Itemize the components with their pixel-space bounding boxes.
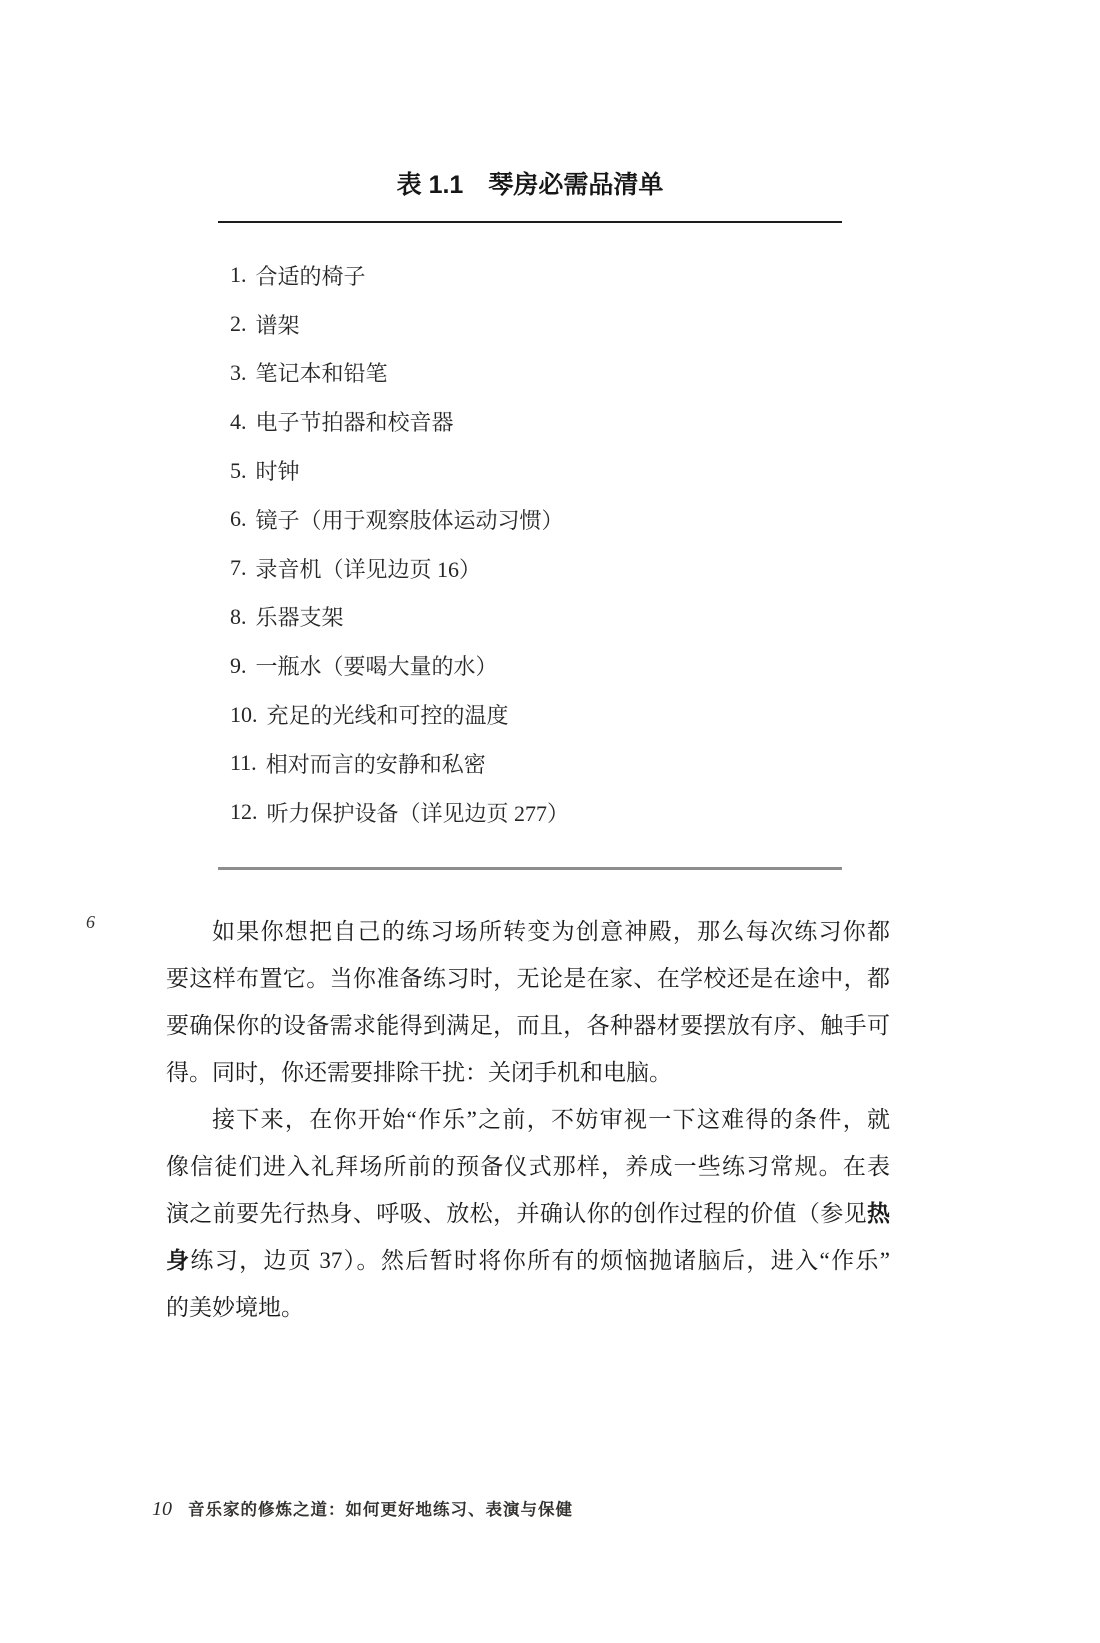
checklist-item-text: 镜子（用于观察肢体运动习惯） — [256, 504, 564, 535]
checklist-item-number: 10. — [230, 702, 258, 728]
text-segment: 要这样布置它。当你准备练习时，无论是在家、在学校还是在途中，都 — [166, 966, 890, 991]
checklist-item: 9.一瓶水（要喝大量的水） — [230, 641, 842, 690]
checklist-item-text: 相对而言的安静和私密 — [266, 748, 486, 779]
checklist-item-text: 录音机（详见边页 16） — [256, 553, 482, 584]
checklist: 1.合适的椅子2.谱架3.笔记本和铅笔4.电子节拍器和校音器5.时钟6.镜子（用… — [218, 251, 842, 837]
checklist-item-text: 一瓶水（要喝大量的水） — [256, 650, 498, 681]
checklist-item: 4.电子节拍器和校音器 — [230, 397, 842, 446]
checklist-item-text: 电子节拍器和校音器 — [256, 406, 454, 437]
checklist-item: 12.听力保护设备（详见边页 277） — [230, 788, 842, 837]
body-line: 接下来，在你开始“作乐”之前，不妨审视一下这难得的条件，就 — [166, 1096, 890, 1143]
checklist-item-number: 5. — [230, 458, 247, 484]
checklist-item-number: 6. — [230, 506, 247, 532]
margin-page-marker: 6 — [86, 912, 95, 933]
text-segment: 如果你想把自己的练习场所转变为创意神殿，那么每次练习你都 — [212, 919, 890, 944]
table-top-rule — [218, 221, 842, 223]
text-segment: 演之前要先行热身、呼吸、放松，并确认你的创作过程的价值（参见 — [166, 1201, 867, 1226]
checklist-item-text: 充足的光线和可控的温度 — [267, 699, 509, 730]
checklist-item: 6.镜子（用于观察肢体运动习惯） — [230, 495, 842, 544]
body-paragraphs: 如果你想把自己的练习场所转变为创意神殿，那么每次练习你都要这样布置它。当你准备练… — [166, 908, 890, 1331]
text-segment: 接下来，在你开始“作乐”之前，不妨审视一下这难得的条件，就 — [212, 1107, 890, 1132]
checklist-item: 2.谱架 — [230, 300, 842, 349]
table-1-1: 表 1.1 琴房必需品清单 1.合适的椅子2.谱架3.笔记本和铅笔4.电子节拍器… — [218, 170, 842, 870]
checklist-item-text: 乐器支架 — [256, 601, 344, 632]
footer-page-number: 10 — [152, 1498, 172, 1521]
checklist-item-number: 1. — [230, 262, 247, 288]
text-segment: 得。同时，你还需要排除干扰：关闭手机和电脑。 — [166, 1060, 672, 1085]
checklist-item: 7.录音机（详见边页 16） — [230, 544, 842, 593]
checklist-item-number: 7. — [230, 555, 247, 581]
checklist-item: 3.笔记本和铅笔 — [230, 349, 842, 398]
bold-term: 身 — [166, 1248, 190, 1273]
checklist-item: 11.相对而言的安静和私密 — [230, 739, 842, 788]
text-segment: 像信徒们进入礼拜场所前的预备仪式那样，养成一些练习常规。在表 — [166, 1154, 890, 1179]
checklist-item-text: 笔记本和铅笔 — [256, 357, 388, 388]
text-segment: 要确保你的设备需求能得到满足，而且，各种器材要摆放有序、触手可 — [166, 1013, 890, 1038]
checklist-item-number: 4. — [230, 409, 247, 435]
checklist-item-text: 合适的椅子 — [256, 260, 366, 291]
table-bottom-rule — [218, 867, 842, 870]
page-footer: 10 音乐家的修炼之道：如何更好地练习、表演与保健 — [152, 1496, 573, 1521]
bold-term: 热 — [867, 1201, 890, 1226]
checklist-item-number: 11. — [230, 750, 257, 776]
body-line: 的美妙境地。 — [166, 1284, 890, 1331]
text-segment: 练习，边页 37）。然后暂时将你所有的烦恼抛诸脑后，进入“作乐” — [190, 1248, 890, 1273]
text-segment: 的美妙境地。 — [166, 1295, 304, 1320]
checklist-item: 8.乐器支架 — [230, 593, 842, 642]
checklist-item-number: 3. — [230, 360, 247, 386]
checklist-item: 10.充足的光线和可控的温度 — [230, 690, 842, 739]
table-title: 表 1.1 琴房必需品清单 — [218, 170, 842, 200]
body-line: 要这样布置它。当你准备练习时，无论是在家、在学校还是在途中，都 — [166, 955, 890, 1002]
checklist-item-number: 9. — [230, 653, 247, 679]
checklist-item-number: 12. — [230, 799, 258, 825]
footer-book-title: 音乐家的修炼之道：如何更好地练习、表演与保健 — [188, 1496, 573, 1520]
checklist-item-text: 时钟 — [256, 455, 300, 486]
body-line: 演之前要先行热身、呼吸、放松，并确认你的创作过程的价值（参见热 — [166, 1190, 890, 1237]
checklist-item-text: 听力保护设备（详见边页 277） — [267, 797, 570, 828]
checklist-item: 1.合适的椅子 — [230, 251, 842, 300]
checklist-item-text: 谱架 — [256, 309, 300, 340]
body-line: 要确保你的设备需求能得到满足，而且，各种器材要摆放有序、触手可 — [166, 1002, 890, 1049]
body-line: 身练习，边页 37）。然后暂时将你所有的烦恼抛诸脑后，进入“作乐” — [166, 1237, 890, 1284]
checklist-item-number: 2. — [230, 311, 247, 337]
book-page: 表 1.1 琴房必需品清单 1.合适的椅子2.谱架3.笔记本和铅笔4.电子节拍器… — [0, 0, 1100, 1643]
body-line: 如果你想把自己的练习场所转变为创意神殿，那么每次练习你都 — [166, 908, 890, 955]
body-line: 像信徒们进入礼拜场所前的预备仪式那样，养成一些练习常规。在表 — [166, 1143, 890, 1190]
checklist-item-number: 8. — [230, 604, 247, 630]
body-line: 得。同时，你还需要排除干扰：关闭手机和电脑。 — [166, 1049, 890, 1096]
checklist-item: 5.时钟 — [230, 446, 842, 495]
